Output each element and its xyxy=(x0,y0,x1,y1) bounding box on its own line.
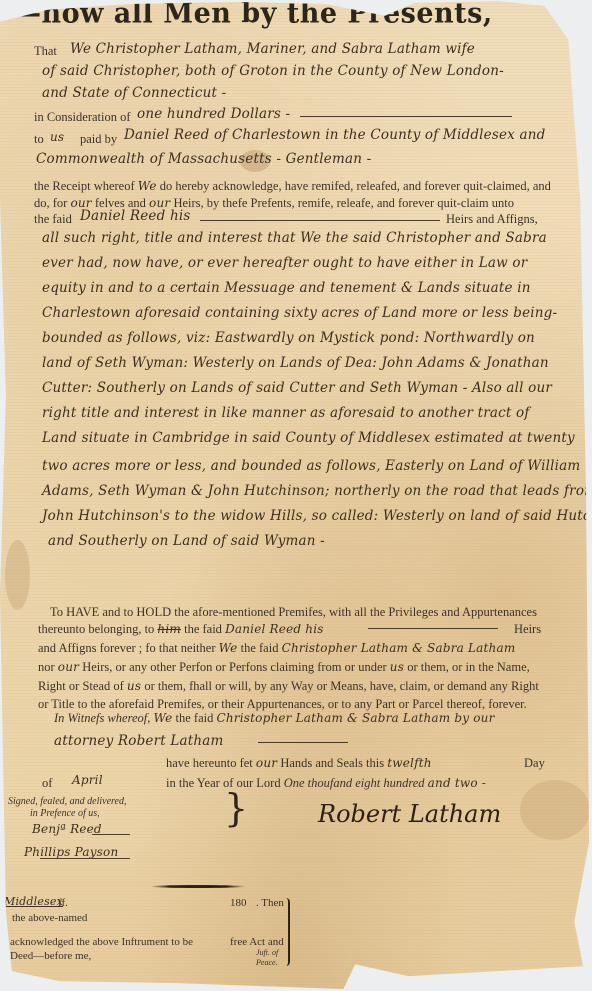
divider xyxy=(150,885,246,888)
payer-line-1: Daniel Reed of Charlestown in the County… xyxy=(124,127,545,143)
justice-label-1: Juft. of xyxy=(256,948,278,957)
in-presence-label: in Prefence of us, xyxy=(30,808,100,819)
habendum-line-1: To HAVE and to HOLD the afore-mentioned … xyxy=(50,605,537,620)
stain xyxy=(240,150,270,172)
ss: ff. xyxy=(58,897,68,909)
description-line: and Southerly on Land of said Wyman - xyxy=(48,533,325,549)
stain xyxy=(520,780,590,840)
year-prefix: 180 xyxy=(230,897,247,909)
description-line: Charlestown aforesaid containing sixty a… xyxy=(42,305,557,321)
habendum-line-4: nor our Heirs, or any other Perfon or Pe… xyxy=(38,660,530,675)
year-line: in the Year of our Lord One thoufand eig… xyxy=(166,776,486,791)
signed-sealed-label: Signed, fealed, and delivered, xyxy=(8,796,126,807)
bracket xyxy=(285,898,290,966)
description-line: right title and interest in like manner … xyxy=(42,405,530,421)
description-line: ever had, now have, or ever hereafter ou… xyxy=(42,255,527,271)
to-whom: us xyxy=(50,130,64,144)
grantors-line-2: of said Christopher, both of Groton in t… xyxy=(42,63,504,79)
of-label: of xyxy=(42,776,52,791)
description-line: land of Seth Wyman: Westerly on Lands of… xyxy=(42,355,549,371)
witness-underline xyxy=(40,858,130,859)
fill-line xyxy=(200,220,440,221)
receipt-line-2: do, for our felves and our Heirs, by the… xyxy=(34,196,514,211)
deed-heading: —now all Men by the Presents, xyxy=(14,0,493,30)
printed-that: That xyxy=(34,44,57,59)
description-line: bounded as follows, viz: Eastwardly on M… xyxy=(42,330,535,346)
above-named: the above-named xyxy=(12,912,87,924)
testimonium-set: have hereunto fet our Hands and Seals th… xyxy=(166,756,432,771)
fill-line xyxy=(258,742,348,743)
consideration-amount: one hundred Dollars - xyxy=(137,106,290,122)
fill-line xyxy=(368,628,498,629)
habendum-heirs: Heirs xyxy=(514,622,541,637)
habendum-line-2: thereunto belonging, to him the faid Dan… xyxy=(38,622,324,637)
description-line: Land situate in Cambridge in said County… xyxy=(42,430,575,446)
deed-paper: —now all Men by the Presents, That We Ch… xyxy=(0,0,592,991)
habendum-line-5: Right or Stead of us or them, fhall or w… xyxy=(38,679,539,694)
habendum-line-6: or Title to the aforefaid Premifes, or t… xyxy=(38,697,527,712)
day-label: Day xyxy=(524,756,545,771)
description-line: two acres more or less, and bounded as f… xyxy=(42,458,580,474)
acknowledged-line: acknowledged the above Inftrument to be xyxy=(10,936,193,948)
witness-underline xyxy=(92,834,130,835)
deed-before-me: Deed—before me, xyxy=(10,950,91,962)
receipt-line-1: the Receipt whereof We do hereby acknowl… xyxy=(34,179,551,194)
printed-to: to xyxy=(34,132,44,147)
grantors-line-1: We Christopher Latham, Mariner, and Sabr… xyxy=(70,41,475,57)
receipt-line-3-lead: the faid xyxy=(34,212,72,227)
habendum-line-3: and Affigns forever ; fo that neither We… xyxy=(38,641,515,656)
testimonium-line-1: In Witnefs whereof, We the faid Christop… xyxy=(54,711,495,726)
grantors-line-3: and State of Connecticut - xyxy=(42,85,226,101)
description-line: all such right, title and interest that … xyxy=(42,230,547,246)
witness-1: Benjª Reed xyxy=(32,822,102,836)
fill-line xyxy=(300,116,512,117)
heirs-assigns: Heirs and Affigns, xyxy=(446,212,538,227)
county: Middlesex xyxy=(4,895,63,908)
attorney-name: attorney Robert Latham xyxy=(54,733,224,749)
description-line: equity in and to a certain Messuage and … xyxy=(42,280,531,296)
stain xyxy=(5,540,30,610)
then: . Then xyxy=(256,897,284,909)
grantee-name: Daniel Reed his xyxy=(80,208,191,224)
printed-paid-by: paid by xyxy=(80,132,117,147)
witness-2: Phillips Payson xyxy=(24,845,118,859)
brace: } xyxy=(224,786,248,830)
month: April xyxy=(72,773,103,787)
justice-label-2: Peace. xyxy=(256,958,278,967)
signature: Robert Latham xyxy=(318,800,501,828)
description-line: Adams, Seth Wyman & John Hutchinson; nor… xyxy=(42,483,592,499)
printed-consideration: in Consideration of xyxy=(34,110,131,125)
free-act: free Act and xyxy=(230,936,284,948)
payer-line-2: Commonwealth of Massachusetts - Gentlema… xyxy=(36,151,371,167)
description-line: Cutter: Southerly on Lands of said Cutte… xyxy=(42,380,552,396)
description-line: John Hutchinson's to the widow Hills, so… xyxy=(42,508,592,524)
